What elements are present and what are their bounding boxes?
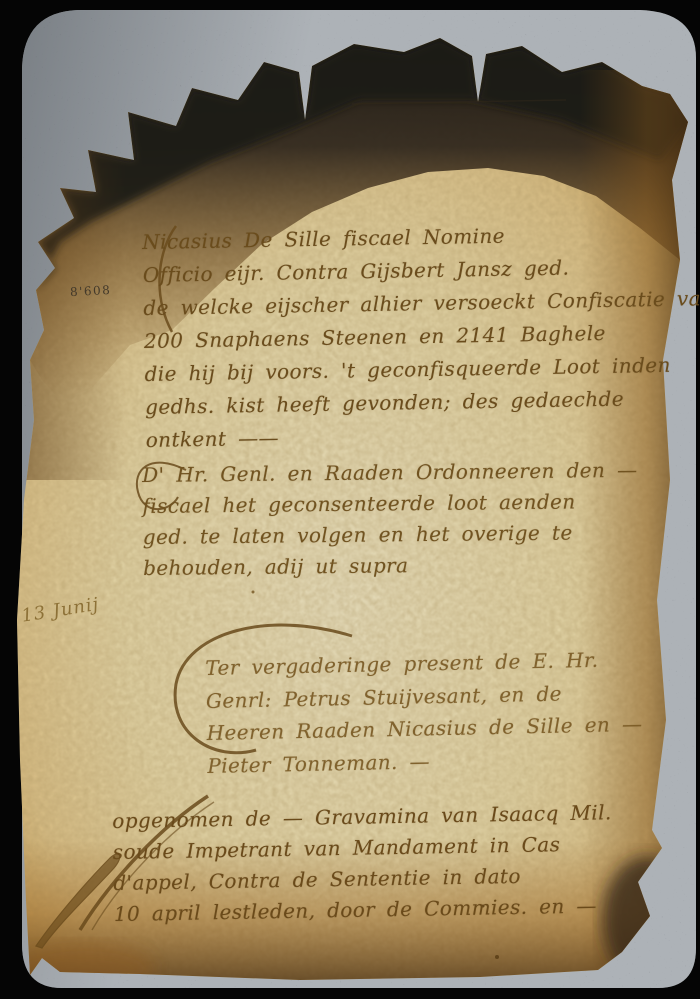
manuscript-photo: 8'608 13 Junij Nicasius De Sille fiscael… xyxy=(0,0,700,999)
entry-session: Ter vergaderinge present de E. Hr. Genrl… xyxy=(205,642,683,782)
manuscript-line: D' Hr. Genl. en Raaden Ordonneeren den — xyxy=(142,454,687,491)
archive-number: 8'608 xyxy=(70,283,112,299)
ink-dot xyxy=(252,591,255,594)
entry-ordinance: D' Hr. Genl. en Raaden Ordonneeren den —… xyxy=(142,454,688,584)
ink-dot xyxy=(495,955,499,959)
manuscript-line: behouden, adij ut supra xyxy=(143,547,688,584)
entry-plea: Nicasius De Sille fiscael Nomine Officio… xyxy=(142,216,694,457)
entry-gravamina: opgenomen de — Gravamina van Isaacq Mil.… xyxy=(112,796,689,930)
